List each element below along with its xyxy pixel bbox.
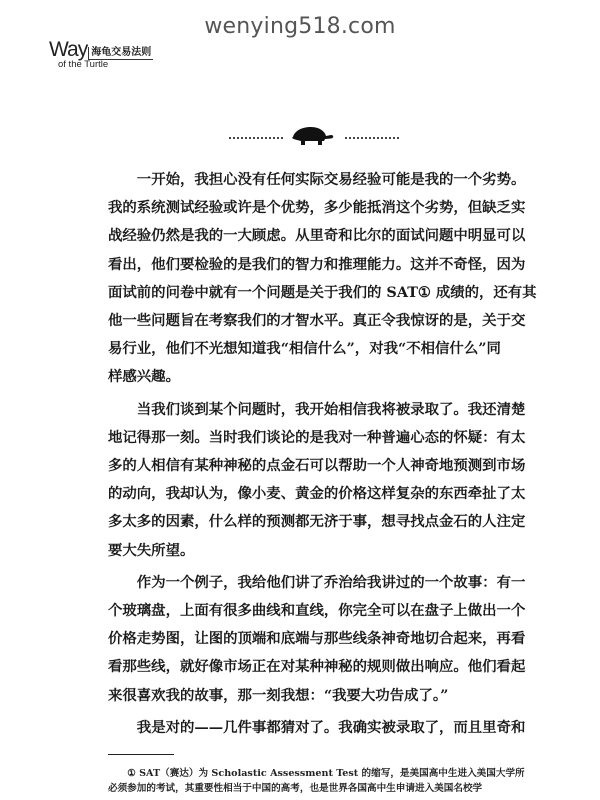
paragraph-4: 我是对的——几件事都猜对了。我确实被录取了，而且里奇和 (108, 714, 514, 742)
text-line: 要大失所望。 (108, 537, 514, 565)
text-line: 来很喜欢我的故事，那一刻我想：“我要大功告成了。” (108, 682, 514, 710)
text-line: 他一些问题旨在考察我们的才智水平。真正令我惊讶的是，关于交 (108, 307, 514, 335)
text-line: 多太多的因素，什么样的预测都无济于事，想寻找点金石的人注定 (108, 508, 514, 536)
footnote-divider (108, 754, 174, 755)
footnote-line: ① SAT（赛达）为 Scholastic Assessment Test 的缩… (108, 766, 518, 781)
text-line: 作为一个例子，我给他们讲了乔治给我讲过的一个故事：有一 (108, 569, 514, 597)
paragraph-3: 作为一个例子，我给他们讲了乔治给我讲过的一个故事：有一 个玻璃盘，上面有很多曲线… (108, 569, 514, 710)
text-line: 价格走势图，让图的顶端和底端与那些线条神奇地切合起来，再看 (108, 625, 514, 653)
text-line: 我是对的——几件事都猜对了。我确实被录取了，而且里奇和 (108, 714, 514, 742)
footnote: ① SAT（赛达）为 Scholastic Assessment Test 的缩… (108, 766, 518, 796)
book-header-logo: Way海龟交易法则 of the Turtle (49, 40, 153, 70)
text-line: 战经验仍然是我的一大顾虑。从里奇和比尔的面试问题中明显可以 (108, 222, 514, 250)
watermark: wenying518.com (0, 14, 600, 39)
brand-way: Way (49, 40, 87, 60)
text-line: 的动向，我却认为，像小麦、黄金的价格这样复杂的东西牵扯了太 (108, 480, 514, 508)
text-line: 看出，他们要检验的是我们的智力和推理能力。这并不奇怪，因为 (108, 251, 514, 279)
text-line: 样感兴趣。 (108, 363, 514, 391)
text-line: 个玻璃盘，上面有很多曲线和直线，你完全可以在盘子上做出一个 (108, 597, 514, 625)
footnote-line: 必须参加的考试，其重要性相当于中国的高考，也是世界各国高中生申请进入美国名校学 (108, 781, 518, 796)
paragraph-1: 一开始，我担心没有任何实际交易经验可能是我的一个劣势。 我的系统测试经验或许是个… (108, 166, 514, 392)
text-line: 面试前的问卷中就有一个问题是关于我们的 SAT① 成绩的，还有其 (108, 279, 514, 307)
brand-subtitle: of the Turtle (58, 60, 153, 70)
paragraph-2: 当我们谈到某个问题时，我开始相信我将被录取了。我还清楚 地记得那一刻。当时我们谈… (108, 396, 514, 565)
text-line: 地记得那一刻。当时我们谈论的是我对一种普遍心态的怀疑：有太 (108, 424, 514, 452)
dotted-line-left (229, 137, 283, 139)
turtle-icon (289, 126, 335, 148)
text-line: 多的人相信有某种神秘的点金石可以帮助一个人神奇地预测到市场 (108, 452, 514, 480)
text-line: 易行业，他们不光想知道我“相信什么”，对我“不相信什么”同 (108, 335, 514, 363)
section-ornament (229, 124, 389, 150)
text-line: 我的系统测试经验或许是个优势，多少能抵消这个劣势，但缺乏实 (108, 194, 514, 222)
body-text: 一开始，我担心没有任何实际交易经验可能是我的一个劣势。 我的系统测试经验或许是个… (108, 166, 514, 742)
text-line: 一开始，我担心没有任何实际交易经验可能是我的一个劣势。 (108, 166, 514, 194)
text-line: 当我们谈到某个问题时，我开始相信我将被录取了。我还清楚 (108, 396, 514, 424)
dotted-line-right (345, 137, 399, 139)
text-line: 看那些线，就好像市场正在对某种神秘的规则做出响应。他们看起 (108, 653, 514, 681)
